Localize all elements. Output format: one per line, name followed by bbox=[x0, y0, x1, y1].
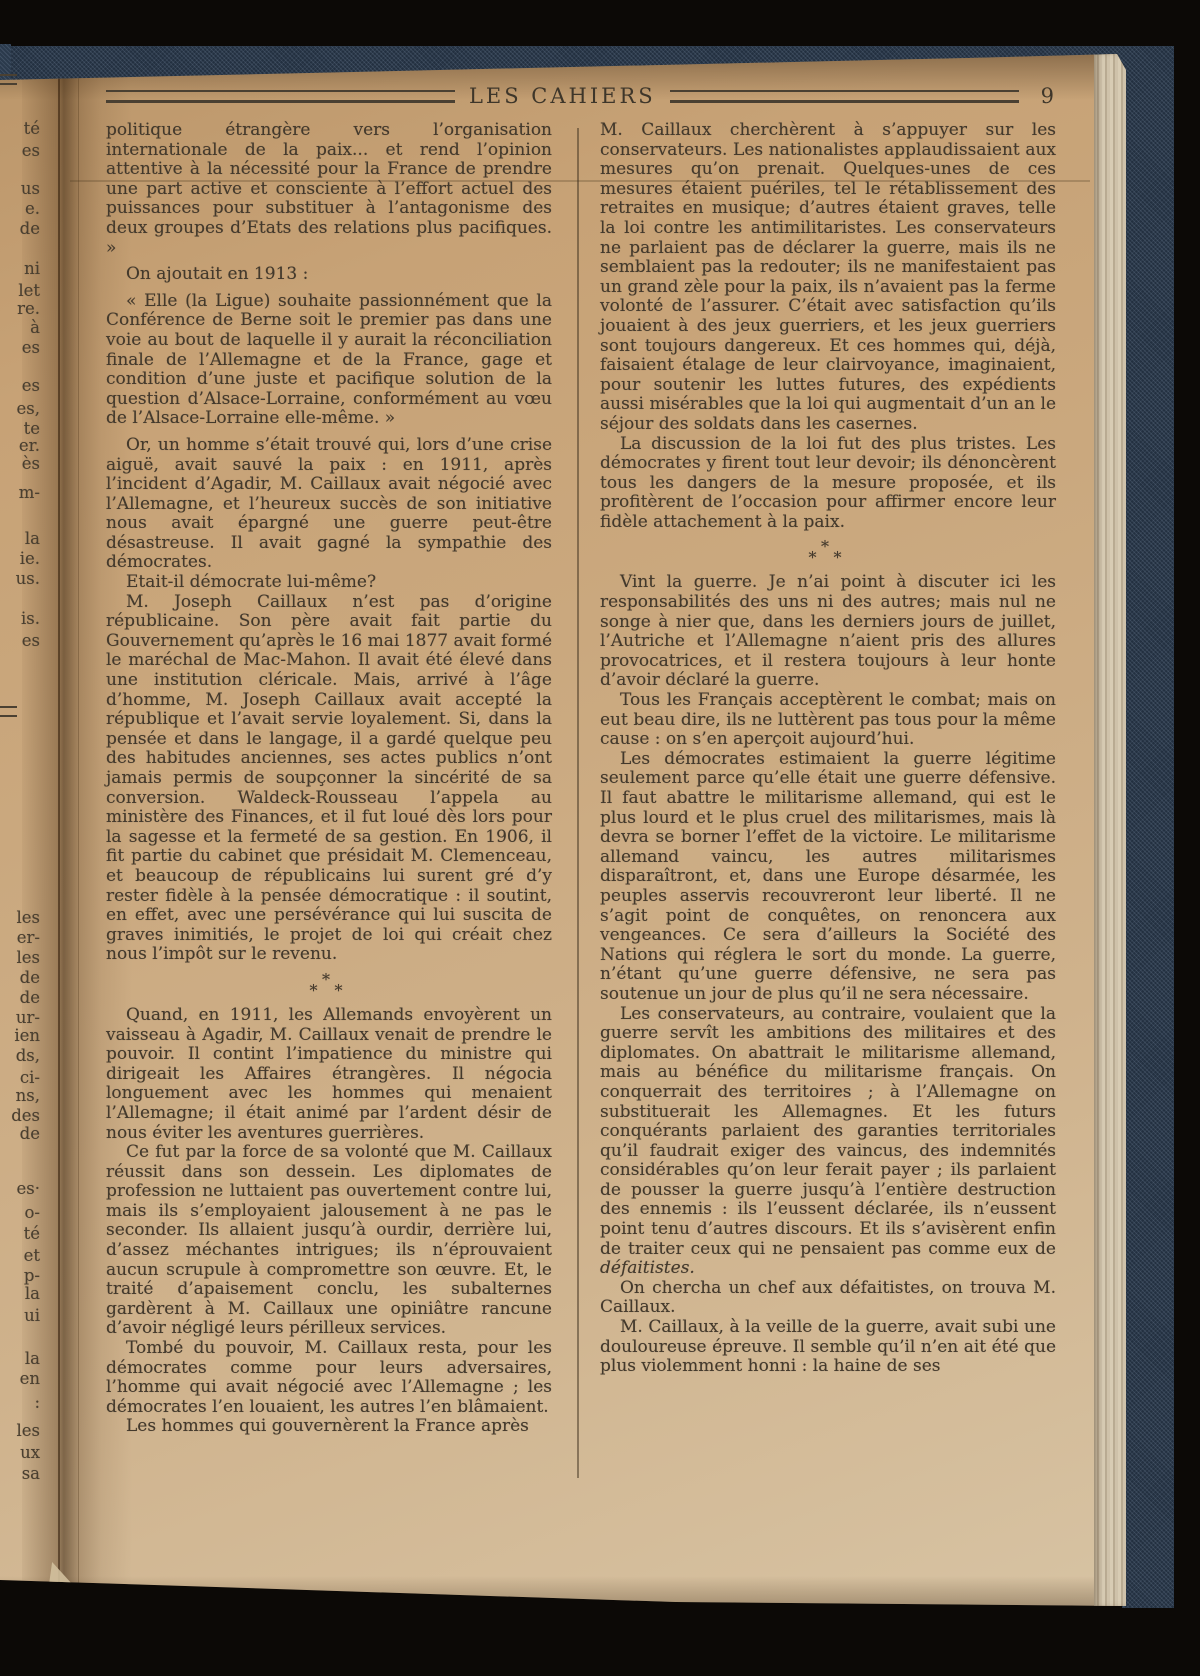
gutter-fragment: o- bbox=[0, 1203, 40, 1222]
gutter-fragment: us bbox=[0, 179, 40, 198]
gutter-fragment: sa bbox=[0, 1464, 40, 1483]
gutter-fragment: er. bbox=[0, 436, 40, 455]
paragraph: M. Joseph Caillaux n’est pas d’origine r… bbox=[106, 593, 552, 965]
gutter-fragment: à bbox=[0, 318, 40, 337]
gutter-fragment: les bbox=[0, 1421, 40, 1440]
paragraph: Tombé du pouvoir, M. Caillaux resta, pou… bbox=[106, 1339, 552, 1417]
paragraph: On ajoutait en 1913 : bbox=[106, 265, 552, 285]
paragraph: La discussion de la loi fut des plus tri… bbox=[600, 435, 1056, 533]
facing-page-rule-stub bbox=[0, 706, 17, 717]
gutter-fragment: de bbox=[0, 219, 40, 238]
header-rule-left bbox=[106, 90, 455, 103]
gutter-fragment: us. bbox=[0, 569, 40, 588]
gutter-fragment: les bbox=[0, 948, 40, 967]
paragraph: M. Caillaux cherchèrent à s’appuyer sur … bbox=[600, 121, 1056, 435]
paragraph: Vint la guerre. Je n’ai point à discuter… bbox=[600, 573, 1056, 691]
asterism-divider: ** * bbox=[106, 974, 552, 996]
asterism-divider: ** * bbox=[600, 541, 1056, 563]
paragraph: Les démocrates estimaient la guerre légi… bbox=[600, 750, 1056, 1005]
paragraph: M. Caillaux, à la veille de la guerre, a… bbox=[600, 1318, 1056, 1377]
gutter-fragment: : bbox=[0, 1393, 40, 1412]
gutter-fragment: de bbox=[0, 968, 40, 987]
gutter-fragment: es bbox=[0, 376, 40, 395]
running-header: LES CAHIERS 9 bbox=[106, 84, 1056, 108]
right-column: M. Caillaux cherchèrent à s’appuyer sur … bbox=[600, 121, 1056, 1377]
gutter-fragment: de bbox=[0, 988, 40, 1007]
left-column: politique étrangère vers l’organisation … bbox=[106, 121, 552, 1437]
gutter-fragment: let bbox=[0, 281, 40, 300]
gutter-fragment: es bbox=[0, 338, 40, 357]
gutter-fragment: ux bbox=[0, 1443, 40, 1462]
gutter-fragment: m- bbox=[0, 483, 40, 502]
page-bottom-shadow bbox=[0, 1576, 1126, 1606]
gutter-fragment: la bbox=[0, 1349, 40, 1368]
gutter-fragment: ci- bbox=[0, 1068, 40, 1087]
gutter-fragment: ui bbox=[0, 1306, 40, 1325]
gutter-fragment: ds, bbox=[0, 1046, 40, 1065]
paragraph: Etait-il démocrate lui-même? bbox=[106, 573, 552, 593]
page-number: 9 bbox=[1041, 84, 1056, 108]
scanned-book-photo: LES CAHIERS 9 politique étrangère vers l… bbox=[0, 0, 1200, 1676]
gutter-fragment: la bbox=[0, 529, 40, 548]
paragraph: Ce fut par la force de sa volonté que M.… bbox=[106, 1143, 552, 1339]
fore-edge-page-stack bbox=[1094, 54, 1126, 1606]
header-rule-right bbox=[670, 90, 1019, 103]
gutter-fragment: ien bbox=[0, 1026, 40, 1045]
paragraph: Les conservateurs, au contraire, voulaie… bbox=[600, 1005, 1056, 1279]
gutter-fragment: es bbox=[0, 631, 40, 650]
gutter-fragment: ns, bbox=[0, 1086, 40, 1105]
gutter-fragment: la bbox=[0, 1284, 40, 1303]
paragraph: Les hommes qui gouvernèrent la France ap… bbox=[106, 1417, 552, 1437]
gutter-fragment: de bbox=[0, 1124, 40, 1143]
paragraph: Tous les Français acceptèrent le combat;… bbox=[600, 691, 1056, 750]
column-divider bbox=[577, 128, 579, 1478]
gutter-fragment: et bbox=[0, 1246, 40, 1265]
paragraph: Or, un homme s’était trouvé qui, lors d’… bbox=[106, 436, 552, 573]
gutter-fragment: es, bbox=[0, 399, 40, 418]
journal-title: LES CAHIERS bbox=[469, 84, 656, 108]
gutter-fragment: ur- bbox=[0, 1008, 40, 1027]
gutter-fragment: ni bbox=[0, 259, 40, 278]
gutter-fragment: e. bbox=[0, 199, 40, 218]
gutter-fold-line bbox=[58, 54, 60, 1606]
gutter-fragment: des bbox=[0, 1106, 40, 1125]
gutter-crease bbox=[78, 54, 79, 1606]
gutter-fragment: en bbox=[0, 1369, 40, 1388]
gutter-fragment: té bbox=[0, 1224, 40, 1243]
gutter-fragment: es bbox=[0, 141, 40, 160]
gutter-fragment: er- bbox=[0, 928, 40, 947]
paragraph: On chercha un chef aux défaitistes, on t… bbox=[600, 1279, 1056, 1318]
gutter-fragment: ie. bbox=[0, 549, 40, 568]
gutter-fragment: té bbox=[0, 119, 40, 138]
gutter-fragment: les bbox=[0, 908, 40, 927]
gutter-fragment: p- bbox=[0, 1266, 40, 1285]
facing-page-rule-stub bbox=[0, 74, 17, 85]
gutter-fragment: es· bbox=[0, 1179, 40, 1198]
gutter-fragment: re. bbox=[0, 299, 40, 318]
gutter-fragment: is. bbox=[0, 609, 40, 628]
gutter-fragment: ès bbox=[0, 454, 40, 473]
paragraph: Quand, en 1911, les Allemands envoyèrent… bbox=[106, 1006, 552, 1143]
paragraph: politique étrangère vers l’organisation … bbox=[106, 121, 552, 258]
paragraph: « Elle (la Ligue) souhaite passionnément… bbox=[106, 292, 552, 429]
